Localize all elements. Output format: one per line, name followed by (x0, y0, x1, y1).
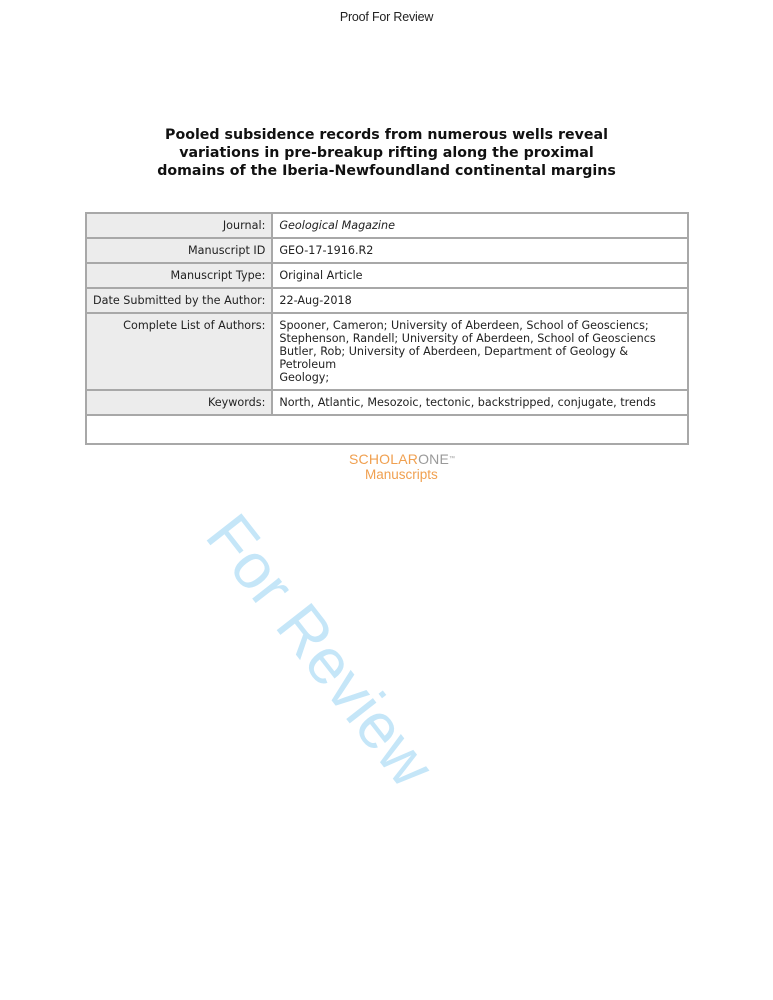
date-submitted-value: 22-Aug-2018 (273, 289, 687, 314)
author-line: Geology; (279, 371, 681, 384)
manuscript-id-label: Manuscript ID (87, 239, 273, 264)
title-line: Pooled subsidence records from numerous … (100, 126, 673, 144)
empty-cell (87, 416, 687, 443)
journal-label: Journal: (87, 214, 273, 239)
keywords-value: North, Atlantic, Mesozoic, tectonic, bac… (273, 391, 687, 416)
table-row-manuscript-type: Manuscript Type: Original Article (87, 264, 687, 289)
author-line: Butler, Rob; University of Aberdeen, Dep… (279, 345, 681, 371)
date-submitted-label: Date Submitted by the Author: (87, 289, 273, 314)
table-row-authors: Complete List of Authors: Spooner, Camer… (87, 314, 687, 391)
manuscript-type-value: Original Article (273, 264, 687, 289)
title-line: domains of the Iberia-Newfoundland conti… (100, 162, 673, 180)
proof-header: Proof For Review (0, 10, 773, 24)
author-line: Spooner, Cameron; University of Aberdeen… (279, 319, 681, 332)
keywords-label: Keywords: (87, 391, 273, 416)
table-row-manuscript-id: Manuscript ID GEO-17-1916.R2 (87, 239, 687, 264)
scholarone-logo: SCHOLARONE™ Manuscripts (349, 452, 455, 482)
table-row-empty (87, 416, 687, 443)
table-row-date-submitted: Date Submitted by the Author: 22-Aug-201… (87, 289, 687, 314)
authors-label: Complete List of Authors: (87, 314, 273, 391)
manuscript-title: Pooled subsidence records from numerous … (100, 126, 673, 180)
author-line: Stephenson, Randell; University of Aberd… (279, 332, 681, 345)
logo-wordmark: SCHOLARONE™ (349, 452, 455, 467)
table-row-journal: Journal: Geological Magazine (87, 214, 687, 239)
title-line: variations in pre-breakup rifting along … (100, 144, 673, 162)
trademark-icon: ™ (449, 456, 455, 462)
table-row-keywords: Keywords: North, Atlantic, Mesozoic, tec… (87, 391, 687, 416)
logo-one-text: ONE (418, 451, 449, 467)
logo-manuscripts-text: Manuscripts (349, 467, 455, 482)
journal-value: Geological Magazine (273, 214, 687, 239)
manuscript-id-value: GEO-17-1916.R2 (273, 239, 687, 264)
manuscript-metadata-table: Journal: Geological Magazine Manuscript … (85, 212, 689, 445)
for-review-watermark: For Review (192, 500, 450, 801)
authors-value: Spooner, Cameron; University of Aberdeen… (273, 314, 687, 391)
logo-scholar-text: SCHOLAR (349, 451, 418, 467)
manuscript-type-label: Manuscript Type: (87, 264, 273, 289)
